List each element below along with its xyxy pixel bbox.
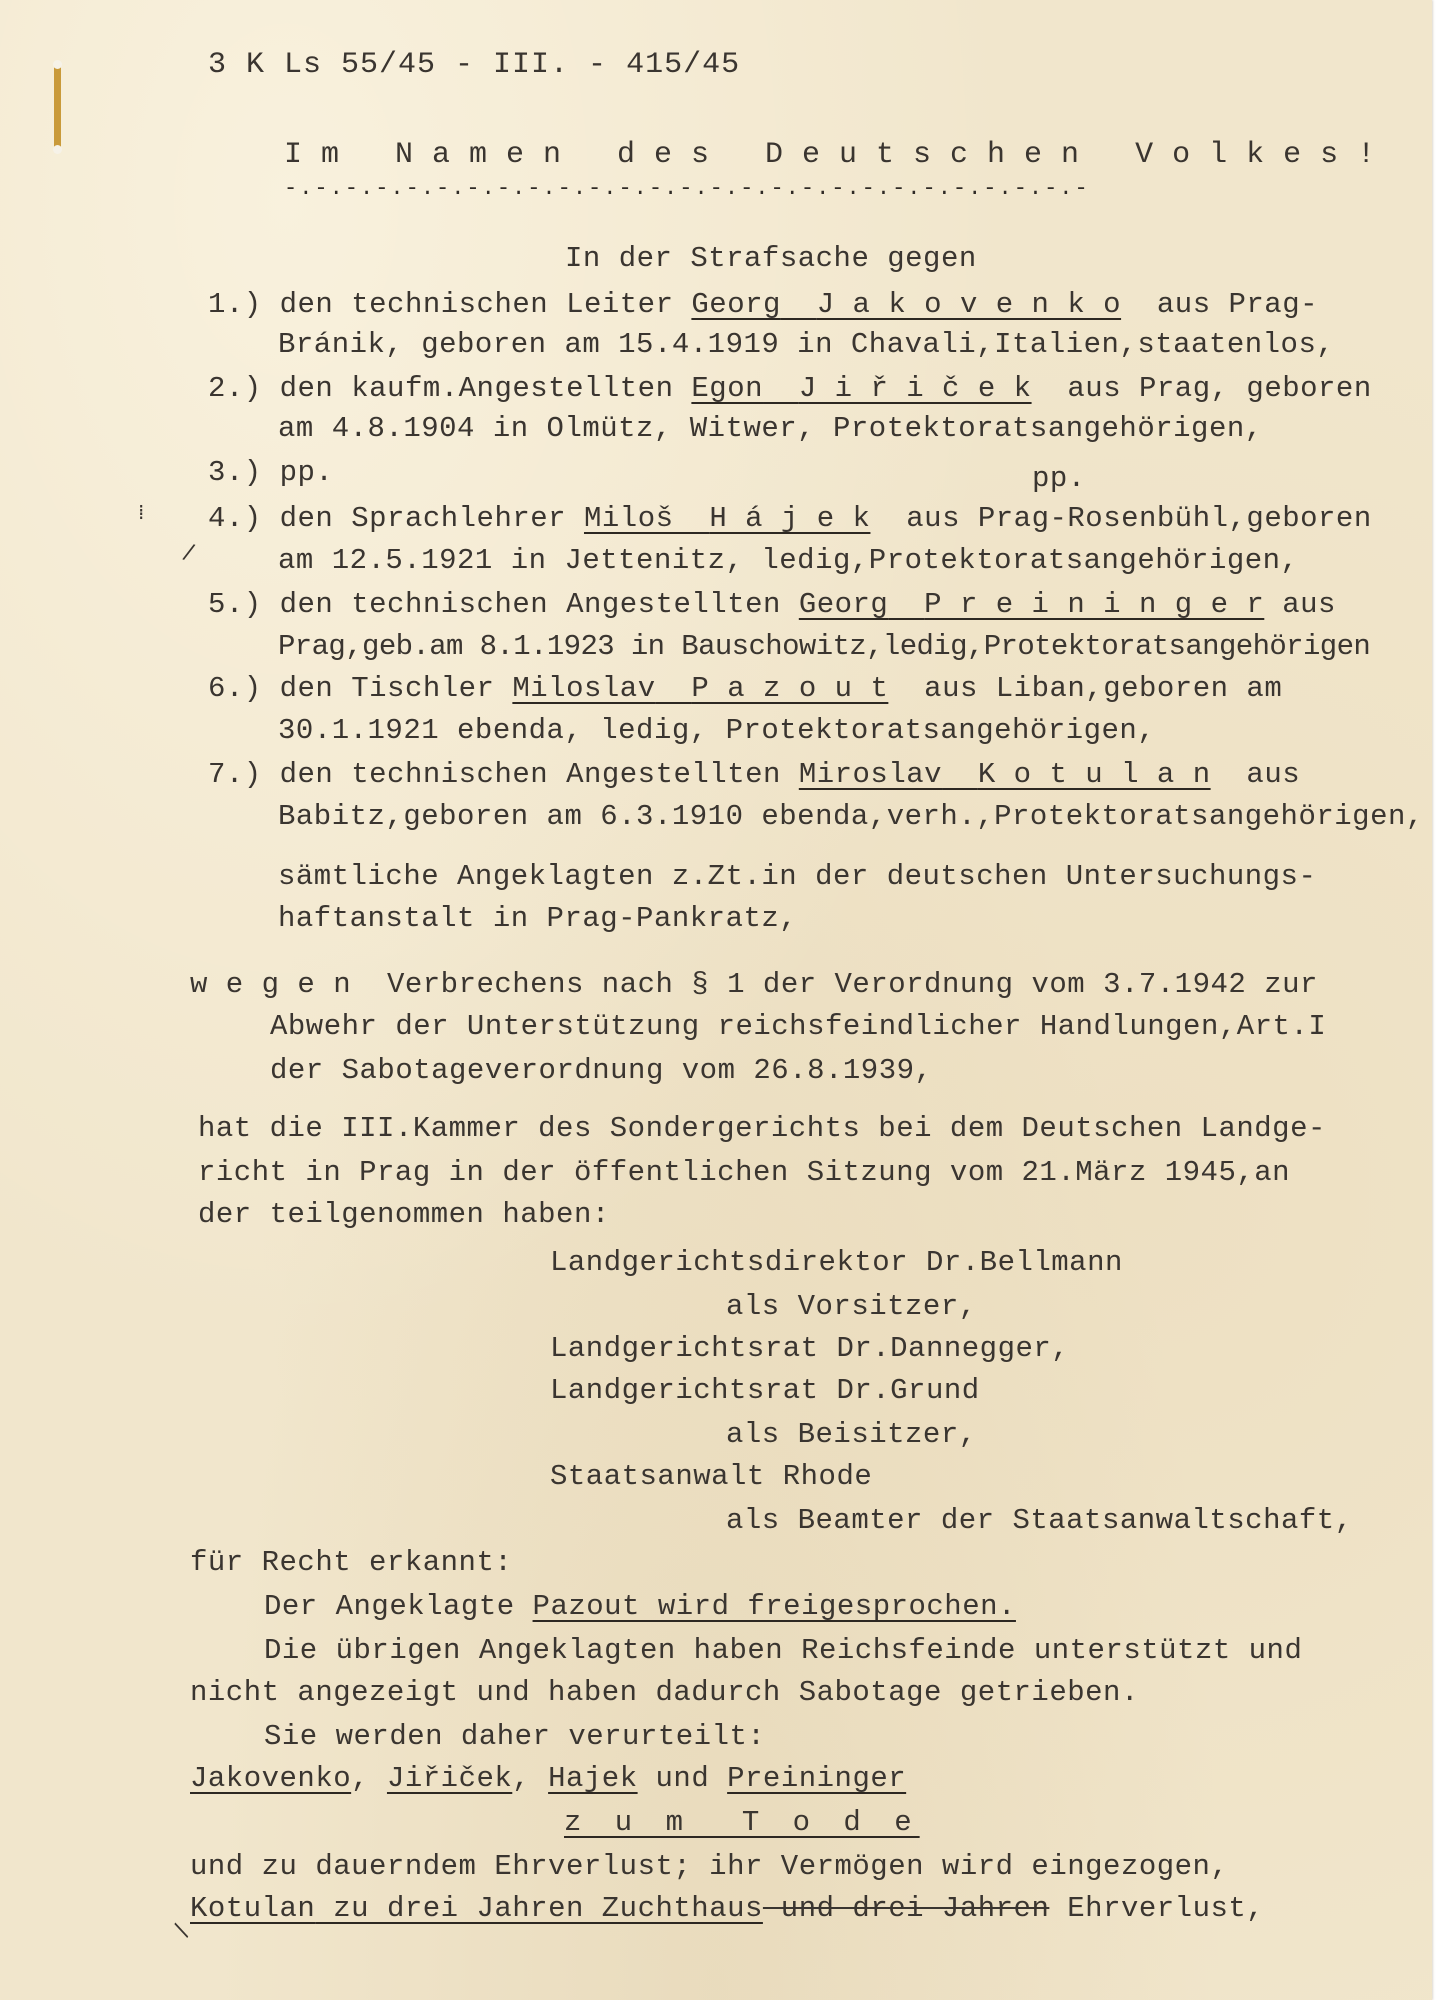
defendant-number: 6.) bbox=[208, 672, 262, 705]
defendant-first-name: Miloslav bbox=[512, 672, 655, 705]
acquittal-line: Der Angeklagte Pazout wird freigesproche… bbox=[264, 1592, 1016, 1621]
panel-role-prosecutor: als Beamter der Staatsanwaltschaft, bbox=[726, 1506, 1353, 1535]
defendant-number: 2.) bbox=[208, 372, 262, 405]
acquittal-prefix: Der Angeklagte bbox=[264, 1590, 533, 1623]
death-sentenced-names: Jakovenko, Jiřiček, Hajek und Preininger bbox=[190, 1764, 906, 1793]
guilty-line-1: Die übrigen Angeklagten haben Reichsfein… bbox=[264, 1636, 1302, 1665]
panel-prosecutor: Staatsanwalt Rhode bbox=[550, 1462, 872, 1491]
defendant-prefix: den Sprachlehrer bbox=[280, 502, 584, 535]
heading-rule: -.-.-.-.-.-.-.-.-.-.-.-.-.-.-.-.-.-.-.-.… bbox=[284, 178, 1090, 200]
defendant-name: Miloslav P a z o u t bbox=[512, 672, 888, 705]
defendant-first-name: Egon bbox=[691, 372, 763, 405]
defendant-3-line: 3.) pp. bbox=[208, 458, 333, 487]
charge-label: w e g e n bbox=[190, 968, 351, 1001]
charge-line-1: w e g e n Verbrechens nach § 1 der Veror… bbox=[190, 970, 1318, 999]
charge-line-3: der Sabotageverordnung vom 26.8.1939, bbox=[270, 1056, 932, 1085]
sentenced-name-jiricek: Jiřiček bbox=[387, 1762, 512, 1795]
defendant-suffix: aus Prag- bbox=[1121, 288, 1318, 321]
file-reference: 3 K Ls 55/45 - III. - 415/45 bbox=[208, 50, 740, 80]
defendant-prefix: den technischen Angestellten bbox=[280, 758, 799, 791]
defendant-4-line2: am 12.5.1921 in Jettenitz, ledig,Protekt… bbox=[278, 546, 1298, 575]
margin-mark: ⁞ bbox=[138, 500, 144, 524]
defendant-suffix: aus bbox=[1211, 758, 1301, 791]
kotulan-name: Kotulan bbox=[190, 1892, 315, 1925]
defendant-7-line1: 7.) den technischen Angestellten Mirosla… bbox=[208, 760, 1300, 789]
defendant-3-right: pp. bbox=[1032, 464, 1086, 493]
margin-tick: / bbox=[181, 539, 197, 565]
court-line-1: hat die III.Kammer des Sondergerichts be… bbox=[198, 1114, 1326, 1143]
acquittal-text: Pazout wird freigesprochen. bbox=[533, 1590, 1016, 1623]
defendant-first-name: Georg bbox=[799, 588, 889, 621]
panel-role-associates: als Beisitzer, bbox=[726, 1420, 977, 1449]
defendant-1-line2: Bránik, geboren am 15.4.1919 in Chavali,… bbox=[278, 330, 1334, 359]
custody-line-1: sämtliche Angeklagten z.Zt.in der deutsc… bbox=[278, 862, 1316, 891]
custody-line-2: haftanstalt in Prag-Pankratz, bbox=[278, 904, 797, 933]
defendant-name: Miroslav K o t u l a n bbox=[799, 758, 1211, 791]
death-sentence: z u m T o d e bbox=[564, 1808, 920, 1837]
defendant-prefix: pp. bbox=[280, 456, 334, 489]
defendant-2-line2: am 4.8.1904 in Olmütz, Witwer, Protektor… bbox=[278, 414, 1263, 443]
defendant-prefix: den Tischler bbox=[280, 672, 513, 705]
panel-associate-judge-2: Landgerichtsrat Dr.Grund bbox=[550, 1376, 980, 1405]
court-line-2: richt in Prag in der öffentlichen Sitzun… bbox=[198, 1158, 1290, 1187]
charge-text: Verbrechens nach § 1 der Verordnung vom … bbox=[387, 968, 1318, 1001]
defendant-number: 3.) bbox=[208, 456, 262, 489]
defendant-last-name: K o t u l a n bbox=[978, 758, 1211, 791]
court-line-3: der teilgenommen haben: bbox=[198, 1200, 610, 1229]
defendant-5-line2: Prag,geb.am 8.1.1923 in Bauschowitz,ledi… bbox=[278, 632, 1370, 661]
name-separator: , bbox=[351, 1762, 387, 1795]
defendant-5-line1: 5.) den technischen Angestellten Georg P… bbox=[208, 590, 1336, 619]
document-page: 3 K Ls 55/45 - III. - 415/45 Im Namen de… bbox=[0, 0, 1432, 2000]
kotulan-sentence-end: Ehrverlust, bbox=[1049, 1892, 1264, 1925]
defendant-name: Egon J i ř i č e k bbox=[691, 372, 1031, 405]
defendant-first-name: Georg bbox=[691, 288, 781, 321]
defendant-suffix: aus Prag-Rosenbühl,geboren bbox=[870, 502, 1371, 535]
intro-line: In der Strafsache gegen bbox=[565, 244, 977, 273]
charge-line-2: Abwehr der Unterstützung reichsfeindlich… bbox=[270, 1012, 1326, 1041]
defendant-last-name: H á j e k bbox=[709, 502, 870, 535]
defendant-name: Georg P r e i n i n g e r bbox=[799, 588, 1264, 621]
sentenced-name-hajek: Hajek bbox=[548, 1762, 638, 1795]
defendant-suffix: aus bbox=[1264, 588, 1336, 621]
defendant-prefix: den technischen Angestellten bbox=[280, 588, 799, 621]
defendant-number: 1.) bbox=[208, 288, 262, 321]
kotulan-sentence: Kotulan zu drei Jahren Zuchthaus und dre… bbox=[190, 1894, 1264, 1923]
panel-associate-judge-1: Landgerichtsrat Dr.Dannegger, bbox=[550, 1334, 1069, 1363]
defendant-name: Georg J a k o v e n k o bbox=[691, 288, 1121, 321]
verdict-intro: für Recht erkannt: bbox=[190, 1548, 512, 1577]
defendant-last-name: J i ř i č e k bbox=[799, 372, 1032, 405]
name-separator: , bbox=[512, 1762, 548, 1795]
defendant-6-line2: 30.1.1921 ebenda, ledig, Protektoratsang… bbox=[278, 716, 1155, 745]
defendant-first-name: Miloš bbox=[584, 502, 674, 535]
sentence-intro: Sie werden daher verurteilt: bbox=[264, 1722, 765, 1751]
defendant-last-name: P a z o u t bbox=[691, 672, 888, 705]
panel-role-presiding: als Vorsitzer, bbox=[726, 1292, 977, 1321]
death-consequence: und zu dauerndem Ehrverlust; ihr Vermöge… bbox=[190, 1852, 1228, 1881]
defendant-name: Miloš H á j e k bbox=[584, 502, 870, 535]
defendant-number: 7.) bbox=[208, 758, 262, 791]
defendant-last-name: J a k o v e n k o bbox=[817, 288, 1121, 321]
sentenced-name-preininger: Preininger bbox=[727, 1762, 906, 1795]
name-separator: und bbox=[638, 1762, 728, 1795]
defendant-suffix: aus Prag, geboren bbox=[1032, 372, 1372, 405]
defendant-number: 5.) bbox=[208, 588, 262, 621]
guilty-line-2: nicht angezeigt und haben dadurch Sabota… bbox=[190, 1678, 1139, 1707]
sentenced-name-jakovenko: Jakovenko bbox=[190, 1762, 351, 1795]
defendant-6-line1: 6.) den Tischler Miloslav P a z o u t au… bbox=[208, 674, 1282, 703]
panel-presiding-judge: Landgerichtsdirektor Dr.Bellmann bbox=[550, 1248, 1123, 1277]
document-heading: Im Namen des Deutschen Volkes! bbox=[284, 140, 1394, 170]
kotulan-struck-text: und drei Jahren bbox=[763, 1892, 1049, 1925]
defendant-suffix: aus Liban,geboren am bbox=[888, 672, 1282, 705]
defendant-number: 4.) bbox=[208, 502, 262, 535]
staple-mark bbox=[54, 64, 61, 150]
defendant-4-line1: 4.) den Sprachlehrer Miloš H á j e k aus… bbox=[208, 504, 1372, 533]
kotulan-prison-term: zu drei Jahren Zuchthaus bbox=[315, 1892, 763, 1925]
defendant-1-line1: 1.) den technischen Leiter Georg J a k o… bbox=[208, 290, 1318, 319]
defendant-first-name: Miroslav bbox=[799, 758, 942, 791]
defendant-prefix: den technischen Leiter bbox=[280, 288, 692, 321]
defendant-7-line2: Babitz,geboren am 6.3.1910 ebenda,verh.,… bbox=[278, 802, 1424, 831]
defendant-prefix: den kaufm.Angestellten bbox=[280, 372, 692, 405]
defendant-last-name: P r e i n i n g e r bbox=[924, 588, 1264, 621]
defendant-2-line1: 2.) den kaufm.Angestellten Egon J i ř i … bbox=[208, 374, 1372, 403]
